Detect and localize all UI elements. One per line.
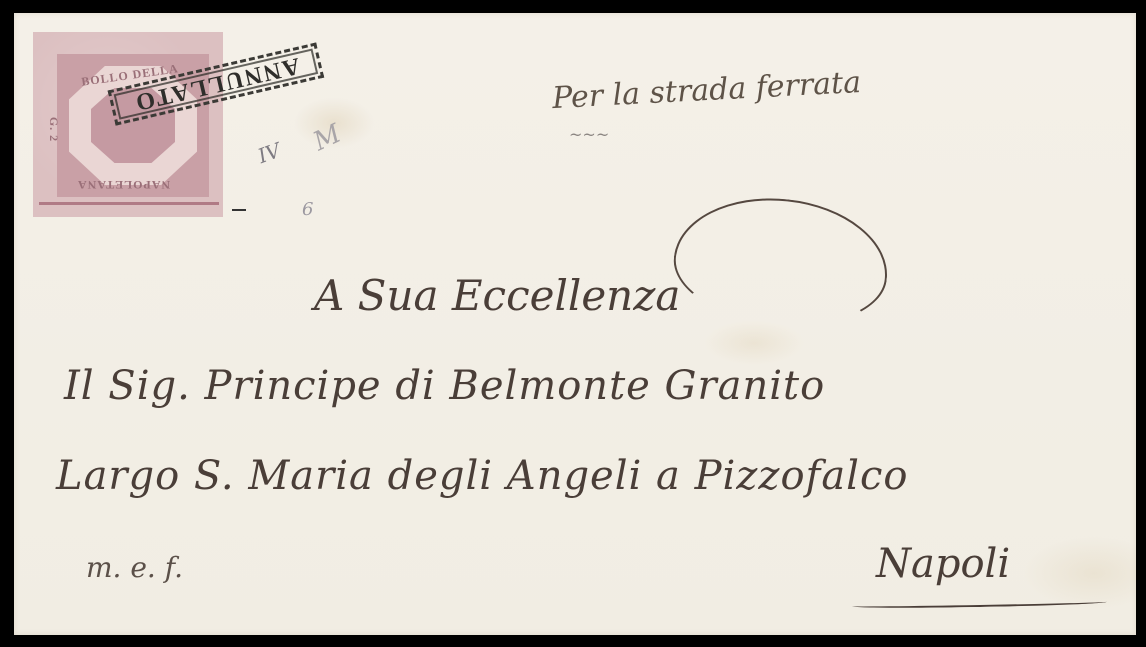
- pencil-mark-roman: IV: [255, 138, 284, 168]
- city-underline: [852, 599, 1107, 609]
- ink-dash-mark: [232, 209, 246, 211]
- address-line-3: Largo S. Maria degli Angeli a Pizzofalco: [56, 453, 908, 499]
- stamp-bottom-text: NAPOLETANA: [77, 177, 170, 192]
- address-line-2: Il Sig. Principe di Belmonte Granito: [64, 363, 825, 409]
- address-city: Napoli: [876, 541, 1010, 587]
- flourish-loop: [668, 188, 894, 336]
- route-flourish: ~~~: [569, 125, 609, 144]
- address-line-1: A Sua Eccellenza: [314, 271, 680, 320]
- route-note: Per la strada ferrata: [551, 65, 862, 116]
- pencil-mark-letter: M: [309, 119, 346, 157]
- stamp-value-text: G. 2: [46, 117, 61, 142]
- letter-cover: BOLLO DELLA NAPOLETANA G. 2 ANNULLATO Pe…: [14, 13, 1136, 635]
- stamp-margin-line: [39, 202, 219, 205]
- pencil-mark-number: 6: [302, 199, 313, 220]
- address-line-4: m. e. f.: [86, 551, 183, 584]
